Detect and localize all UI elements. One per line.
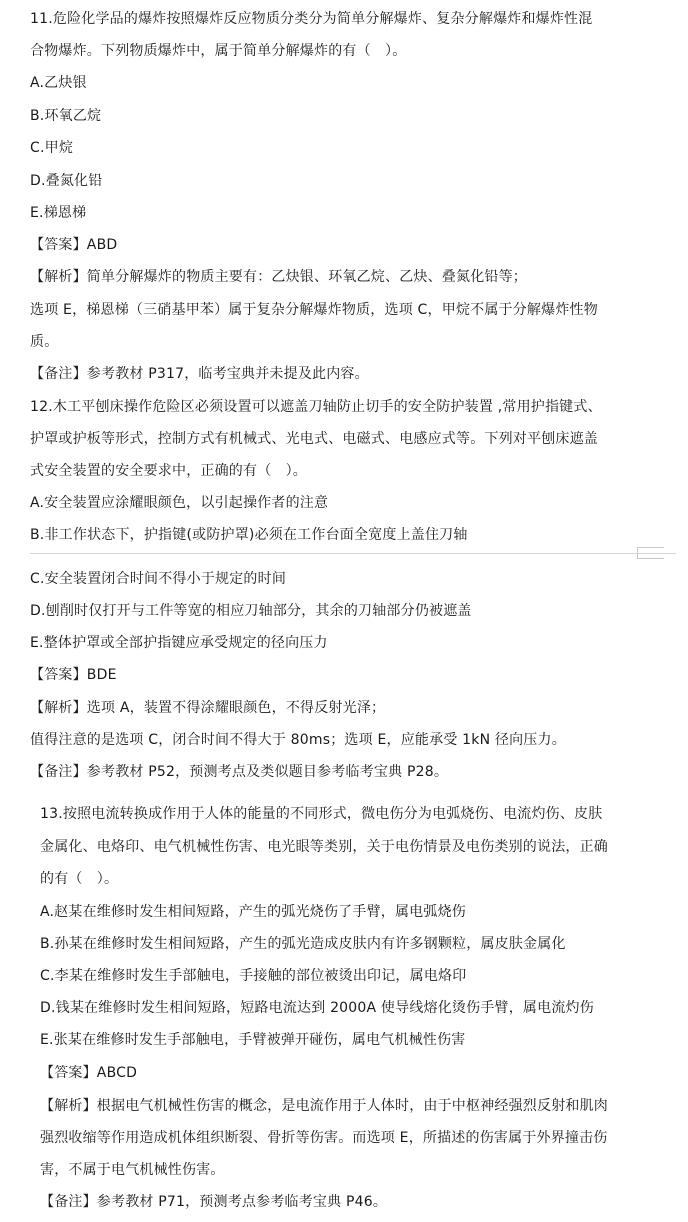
question-stem: 护罩或护板等形式，控制方式有机械式、光电式、电磁式、电感应式等。下列对平刨床遮盖 bbox=[30, 429, 598, 449]
question-stem: 12.木工平刨床操作危险区必须设置可以遮盖刀轴防止切手的安全防护装置 ,常用护指… bbox=[30, 397, 602, 417]
question-stem: 13.按照电流转换成作用于人体的能量的不同形式，微电伤分为电弧烧伤、电流灼伤、皮… bbox=[40, 804, 602, 824]
analysis: 质。 bbox=[30, 332, 58, 352]
analysis: 【解析】选项 A，装置不得涂耀眼颜色，不得反射光泽； bbox=[30, 698, 385, 718]
analysis: 害，不属于电气机械性伤害。 bbox=[40, 1160, 225, 1180]
answer: 【答案】BDE bbox=[30, 665, 117, 685]
page-break-line bbox=[664, 553, 676, 554]
option-a: A.乙炔银 bbox=[30, 73, 87, 93]
note: 【备注】参考教材 P71，预测考点参考临考宝典 P46。 bbox=[40, 1192, 387, 1212]
option-a: A.赵某在维修时发生相间短路，产生的弧光烧伤了手臂，属电弧烧伤 bbox=[40, 902, 466, 922]
option-e: E.梯恩梯 bbox=[30, 203, 86, 223]
option-b: B.非工作状态下，护指键(或防护罩)必须在工作台面全宽度上盖住刀轴 bbox=[30, 525, 468, 545]
question-stem: 的有（ ）。 bbox=[40, 869, 118, 889]
question-stem: 金属化、电烙印、电气机械性伤害、电光眼等类别，关于电伤情景及电伤类别的说法，正确 bbox=[40, 837, 608, 857]
option-c: C.甲烷 bbox=[30, 138, 73, 158]
option-e: E.整体护罩或全部护指键应承受规定的径向压力 bbox=[30, 633, 328, 653]
page-break-line bbox=[30, 553, 676, 554]
option-c: C.李某在维修时发生手部触电，手接触的部位被烫出印记，属电烙印 bbox=[40, 966, 466, 986]
question-stem: 11.危险化学品的爆炸按照爆炸反应物质分类分为简单分解爆炸、复杂分解爆炸和爆炸性… bbox=[30, 9, 592, 29]
option-c: C.安全装置闭合时间不得小于规定的时间 bbox=[30, 569, 286, 589]
analysis: 强烈收缩等作用造成机体组织断裂、骨折等伤害。而选项 E，所描述的伤害属于外界撞击… bbox=[40, 1128, 608, 1148]
option-e: E.张某在维修时发生手部触电，手臂被弹开碰伤，属电气机械性伤害 bbox=[40, 1030, 466, 1050]
question-stem: 式安全装置的安全要求中，正确的有（ ）。 bbox=[30, 461, 307, 481]
option-d: D.叠氮化铅 bbox=[30, 171, 102, 191]
analysis: 【解析】根据电气机械性伤害的概念，是电流作用于人体时，由于中枢神经强烈反射和肌肉 bbox=[40, 1096, 608, 1116]
answer: 【答案】ABCD bbox=[40, 1063, 137, 1083]
option-a: A.安全装置应涂耀眼颜色，以引起操作者的注意 bbox=[30, 493, 328, 513]
question-stem: 合物爆炸。下列物质爆炸中，属于简单分解爆炸的有（ ）。 bbox=[30, 41, 406, 61]
answer: 【答案】ABD bbox=[30, 235, 117, 255]
note: 【备注】参考教材 P52，预测考点及类似题目参考临考宝典 P28。 bbox=[30, 762, 448, 782]
analysis: 选项 E，梯恩梯（三硝基甲苯）属于复杂分解爆炸物质，选项 C，甲烷不属于分解爆炸… bbox=[30, 300, 598, 320]
note: 【备注】参考教材 P317，临考宝典并未提及此内容。 bbox=[30, 364, 369, 384]
option-d: D.刨削时仅打开与工件等宽的相应刀轴部分，其余的刀轴部分仍被遮盖 bbox=[30, 601, 472, 621]
analysis: 【解析】简单分解爆炸的物质主要有：乙炔银、环氧乙烷、乙炔、叠氮化铅等； bbox=[30, 267, 527, 287]
option-b: B.环氧乙烷 bbox=[30, 106, 101, 126]
analysis: 值得注意的是选项 C，闭合时间不得大于 80ms；选项 E，应能承受 1kN 径… bbox=[30, 730, 566, 750]
option-d: D.钱某在维修时发生相间短路，短路电流达到 2000A 使导线熔化烫伤手臂，属电… bbox=[40, 998, 594, 1018]
page-break-marker-icon bbox=[637, 547, 664, 559]
option-b: B.孙某在维修时发生相间短路，产生的弧光造成皮肤内有许多钢颗粒，属皮肤金属化 bbox=[40, 934, 566, 954]
